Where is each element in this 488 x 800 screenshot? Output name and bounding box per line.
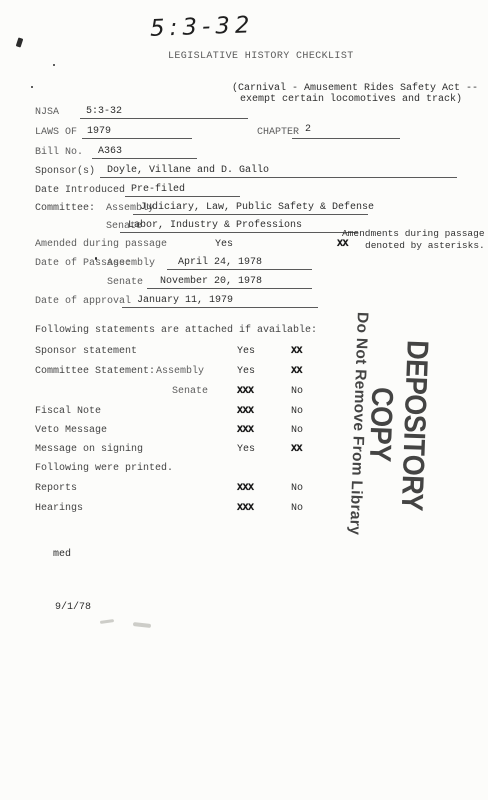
statement-row-sublabel: Senate [172,386,208,398]
statement-no-value: No [291,425,303,437]
statement-no-value: No [291,386,303,398]
statement-row-label: Sponsor statement [35,346,137,358]
bill-no-value: A363 [98,146,122,158]
committee-label: Committee: [35,203,95,215]
printed-heading: Following were printed. [35,463,173,475]
passage-assembly-label: Assembly [107,258,155,270]
printed-yes-value: XXX [237,483,254,495]
printed-row-label: Hearings [35,503,83,515]
statement-yes-value: XXX [237,425,254,437]
pencil-smudge [100,619,114,624]
printed-no-value: No [291,503,303,515]
stamp-secondary-text: Do Not Remove From Library [344,298,373,549]
statement-yes-value: Yes [237,366,255,378]
printed-no-value: No [291,483,303,495]
statement-yes-value: XXX [237,386,254,398]
statement-no-value: XX [291,444,302,456]
depository-stamp: DEPOSITORY COPY Do Not Remove From Libra… [368,299,433,551]
ink-speck [31,86,33,88]
subject-line-2: exempt certain locomotives and track) [240,94,462,106]
ink-speck [16,37,24,47]
amendments-note-line-2: denoted by asterisks. [365,240,485,252]
date-introduced-label: Date Introduced [35,185,125,197]
statement-row-label: Veto Message [35,425,107,437]
printed-yes-value: XXX [237,503,254,515]
scanned-document-page: 5:3-32 LEGISLATIVE HISTORY CHECKLIST (Ca… [0,0,488,800]
typist-initials: med [53,549,71,561]
sponsors-label: Sponsor(s) [35,166,95,178]
pencil-smudge [133,622,151,628]
stamp-primary-text: DEPOSITORY COPY [360,299,436,551]
date-introduced-value: Pre-filed [131,184,185,196]
footer-date: 9/1/78 [55,602,91,614]
committee-senate-value: Labor, Industry & Professions [128,220,302,232]
handwritten-citation: 5:3-32 [150,12,255,42]
amended-label: Amended during passage [35,239,167,251]
statement-row-label: Committee Statement: [35,366,155,378]
date-of-approval-value: January 11, 1979 [137,295,233,307]
statement-no-value: No [291,406,303,418]
laws-of-label: LAWS OF [35,127,77,139]
passage-senate-value: November 20, 1978 [160,276,262,288]
statement-yes-value: Yes [237,444,255,456]
chapter-value: 2 [305,124,311,136]
bill-no-label: Bill No. [35,147,83,159]
statement-row-sublabel: Assembly [156,366,204,378]
statement-yes-value: XXX [237,406,254,418]
sponsors-value: Doyle, Villane and D. Gallo [107,165,269,177]
statement-no-value: XX [291,366,302,378]
njsa-value: 5:3-32 [86,106,122,118]
amended-yes-value: Yes [215,239,233,251]
committee-assembly-value: Judiciary, Law, Public Safety & Defense [140,202,374,214]
statement-row-label: Message on signing [35,444,143,456]
statement-no-value: XX [291,346,302,358]
ink-speck [53,64,55,66]
statement-row-label: Fiscal Note [35,406,101,418]
amended-no-value: XX [337,239,348,251]
printed-row-label: Reports [35,483,77,495]
passage-senate-label: Senate [107,277,143,289]
njsa-label: NJSA [35,107,59,119]
statements-heading: Following statements are attached if ava… [35,325,317,337]
document-title: LEGISLATIVE HISTORY CHECKLIST [168,51,354,62]
passage-assembly-value: April 24, 1978 [178,257,262,269]
date-of-approval-label: Date of approval [35,296,131,308]
amendments-note-line-1: Amendments during passage [342,228,485,240]
laws-of-value: 1979 [87,126,111,138]
statement-yes-value: Yes [237,346,255,358]
